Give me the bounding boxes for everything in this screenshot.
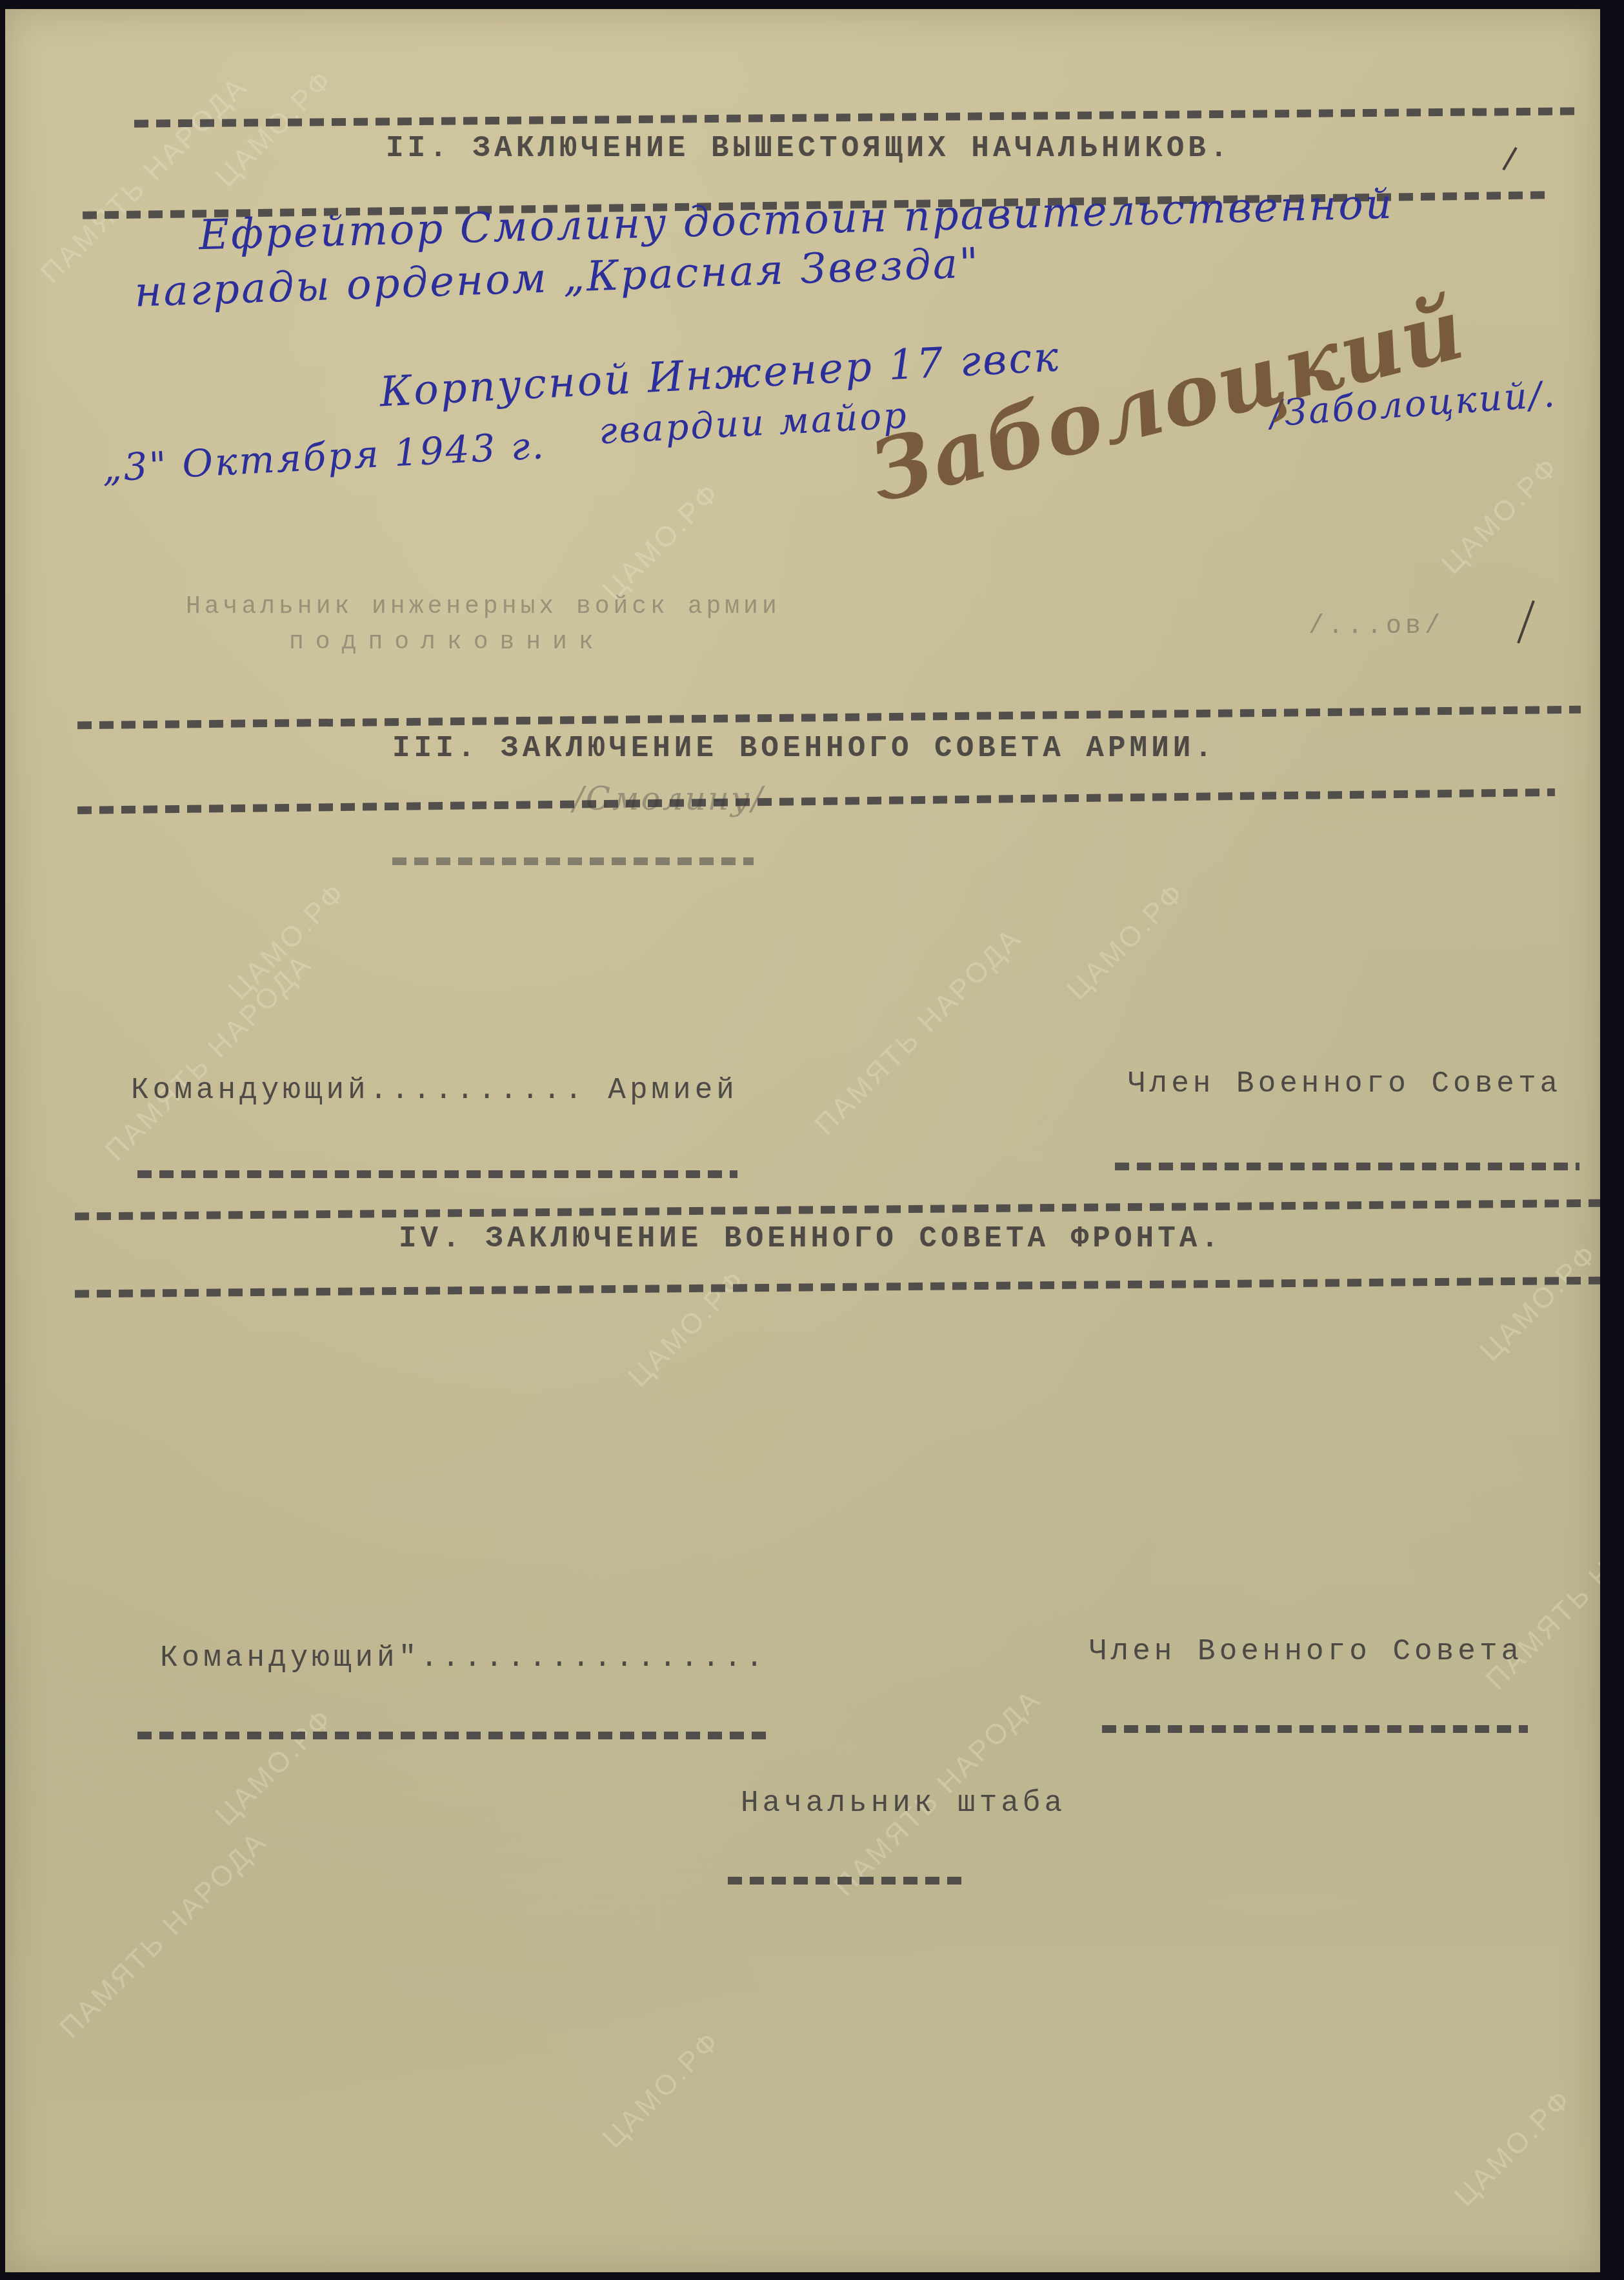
divider-line	[77, 706, 1581, 729]
divider-line	[75, 1277, 1600, 1298]
watermark: ЦАМО.РФ	[1061, 876, 1192, 1006]
watermark: ЦАМО.РФ	[210, 1702, 340, 1832]
faded-typed-position: Начальник инженерных войск армии	[186, 593, 781, 621]
front-council-member-label: Член Военного Совета	[1089, 1635, 1523, 1668]
army-council-member-label: Член Военного Совета	[1128, 1067, 1561, 1101]
signatory-title-line-2: гвардии майор	[598, 394, 910, 452]
watermark: ПАМЯТЬ НАРОДА	[99, 948, 318, 1167]
document-page: ПАМЯТЬ НАРОДА ЦАМО.РФ ЦАМО.РФ ЦАМО.РФ ПА…	[5, 9, 1600, 2272]
faded-handwritten-name: /Смолину/	[573, 780, 764, 817]
watermark: ПАМЯТЬ НАРОДА	[54, 1825, 273, 2045]
watermark: ЦАМО.РФ	[1449, 2083, 1579, 2213]
watermark: ПАМЯТЬ НАРОДА	[808, 922, 1028, 1141]
signature-line	[1102, 1725, 1528, 1733]
divider-line	[392, 857, 754, 865]
signature-line	[1115, 1163, 1579, 1170]
signature-line	[137, 1170, 737, 1178]
section-iii-heading: III. ЗАКЛЮЧЕНИЕ ВОЕННОГО СОВЕТА АРМИИ.	[392, 732, 1216, 765]
watermark: ЦАМО.РФ	[597, 476, 727, 606]
pencil-mark	[1502, 147, 1517, 171]
chief-of-staff-label: Начальник штаба	[741, 1786, 1066, 1820]
pencil-mark	[1517, 600, 1535, 643]
section-ii-heading: II. ЗАКЛЮЧЕНИЕ ВЫШЕСТОЯЩИХ НАЧАЛЬНИКОВ.	[386, 132, 1232, 165]
date: „3" Октября 1943 г.	[101, 423, 546, 490]
watermark: ЦАМО.РФ	[597, 2025, 727, 2155]
watermark: ЦАМО.РФ	[1436, 450, 1566, 581]
divider-line	[75, 1199, 1600, 1221]
front-commander-label: Командующий"................	[160, 1641, 767, 1675]
faded-typed-rank: подполковник	[289, 628, 605, 656]
watermark: ЦАМО.РФ	[1474, 1237, 1600, 1368]
faded-typed-name: /...ов/	[1308, 612, 1444, 641]
signature-line	[137, 1732, 770, 1739]
army-commander-label: Командующий.......... Армией	[131, 1074, 738, 1107]
divider-line	[134, 107, 1579, 128]
divider-line	[77, 788, 1555, 814]
watermark: ЦАМО.РФ	[623, 1263, 753, 1394]
signature-line	[728, 1877, 967, 1885]
section-iv-heading: IV. ЗАКЛЮЧЕНИЕ ВОЕННОГО СОВЕТА ФРОНТА.	[399, 1222, 1223, 1255]
